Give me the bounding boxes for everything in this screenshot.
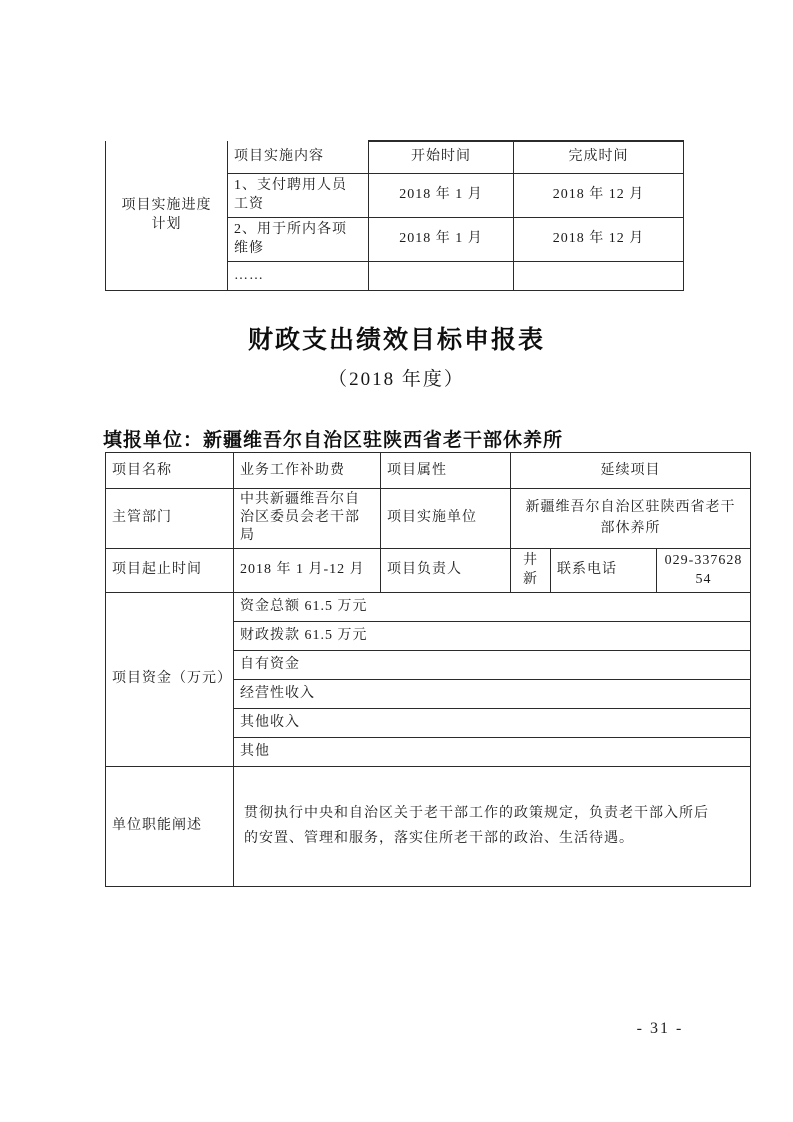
project-attr-label: 项目属性 [381, 453, 511, 489]
impl-unit-label: 项目实施单位 [381, 489, 511, 549]
declaration-row-duration: 项目起止时间 2018 年 1 月-12 月 项目负责人 井新 联系电话 029… [106, 548, 751, 592]
funds-row-total: 项目资金（万元） 资金总额 61.5 万元 [106, 592, 751, 621]
progress-row-1-content: 1、支付聘用人员 工资 [228, 173, 369, 217]
progress-row-1-start: 2018 年 1 月 [369, 173, 514, 217]
duration-label: 项目起止时间 [106, 548, 234, 592]
duration-value: 2018 年 1 月-12 月 [234, 548, 381, 592]
funds-own: 自有资金 [234, 650, 751, 679]
declaration-table: 项目名称 业务工作补助费 项目属性 延续项目 主管部门 中共新疆维吾尔自 治区委… [105, 452, 751, 887]
leader-label: 项目负责人 [381, 548, 511, 592]
project-attr-value: 延续项目 [511, 453, 751, 489]
project-name-label: 项目名称 [106, 453, 234, 489]
dept-label: 主管部门 [106, 489, 234, 549]
phone-label: 联系电话 [551, 548, 657, 592]
progress-plan-table: 项目实施进度 计划 项目实施内容 开始时间 完成时间 1、支付聘用人员 工资 2… [105, 140, 684, 291]
funds-label: 项目资金（万元） [106, 592, 234, 766]
funds-total: 资金总额 61.5 万元 [234, 592, 751, 621]
funds-operating: 经营性收入 [234, 679, 751, 708]
impl-unit-value: 新疆维吾尔自治区驻陕西省老干 部休养所 [511, 489, 751, 549]
progress-row-label: 项目实施进度 计划 [106, 141, 228, 290]
funds-other: 其他 [234, 737, 751, 766]
funds-other-income: 其他收入 [234, 708, 751, 737]
progress-row-2-end: 2018 年 12 月 [514, 217, 684, 261]
page-subtitle: （2018 年度） [0, 364, 793, 391]
progress-row-3-end [514, 261, 684, 290]
declaration-row-name: 项目名称 业务工作补助费 项目属性 延续项目 [106, 453, 751, 489]
progress-header-content: 项目实施内容 [228, 141, 369, 173]
progress-row-3-content: …… [228, 261, 369, 290]
progress-row-3-start [369, 261, 514, 290]
project-name-value: 业务工作补助费 [234, 453, 381, 489]
report-unit-line: 填报单位：新疆维吾尔自治区驻陕西省老干部休养所 [103, 425, 723, 452]
progress-row-2-content: 2、用于所内各项 维修 [228, 217, 369, 261]
progress-header-start: 开始时间 [369, 141, 514, 173]
progress-row-1-end: 2018 年 12 月 [514, 173, 684, 217]
declaration-row-dept: 主管部门 中共新疆维吾尔自 治区委员会老干部 局 项目实施单位 新疆维吾尔自治区… [106, 489, 751, 549]
progress-row-2-start: 2018 年 1 月 [369, 217, 514, 261]
declaration-row-function: 单位职能阐述 贯彻执行中央和自治区关于老干部工作的政策规定，负责老干部入所后 的… [106, 766, 751, 886]
document-page: 项目实施进度 计划 项目实施内容 开始时间 完成时间 1、支付聘用人员 工资 2… [0, 0, 793, 1122]
page-title: 财政支出绩效目标申报表 [0, 320, 793, 356]
function-label: 单位职能阐述 [106, 766, 234, 886]
funds-fiscal: 财政拨款 61.5 万元 [234, 621, 751, 650]
page-number: - 31 - [600, 1020, 720, 1038]
dept-value: 中共新疆维吾尔自 治区委员会老干部 局 [234, 489, 381, 549]
function-text: 贯彻执行中央和自治区关于老干部工作的政策规定，负责老干部入所后 的安置、管理和服… [234, 766, 751, 886]
progress-header-end: 完成时间 [514, 141, 684, 173]
phone-value: 029-33762854 [657, 548, 751, 592]
leader-value: 井新 [511, 548, 551, 592]
